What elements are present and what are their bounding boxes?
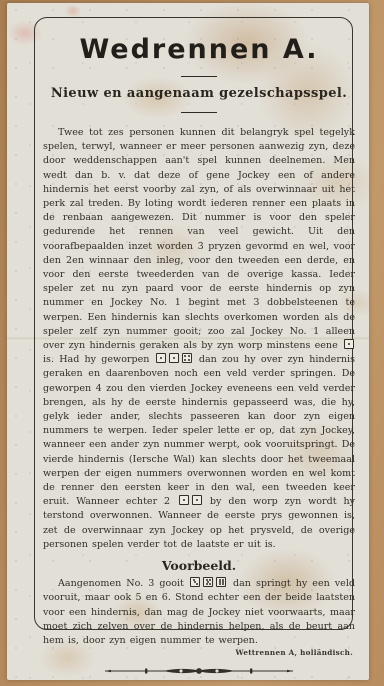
paper: Wedrennen A. Nieuw en aangenaam gezelsch…: [7, 3, 369, 680]
title-divider: [181, 76, 217, 77]
die-3-icon: [190, 577, 200, 587]
die-5-icon: [203, 577, 213, 587]
die-1-icon: [179, 495, 189, 505]
ornament-divider: [103, 662, 295, 674]
page-background: Wedrennen A. Nieuw en aangenaam gezelsch…: [0, 0, 384, 686]
example-paragraph: Aangenomen No. 3 gooit dan springt hy ee…: [43, 577, 355, 648]
imprint-caption: Wettrennen A, holländisch.: [236, 648, 353, 657]
die-4-icon: [182, 353, 192, 363]
subtitle-divider: [181, 112, 217, 113]
die-1-icon: [344, 339, 354, 349]
die-1-icon: [169, 353, 179, 363]
die-6-icon: [216, 577, 226, 587]
die-1-icon: [192, 495, 202, 505]
intro-paragraph: Twee tot zes personen kunnen dit belangr…: [43, 126, 355, 552]
die-1-icon: [156, 353, 166, 363]
page-content: Wedrennen A. Nieuw en aangenaam gezelsch…: [43, 21, 355, 674]
page-subtitle: Nieuw en aangenaam gezelschapsspel.: [43, 86, 355, 101]
ornament-graphic: [103, 665, 295, 677]
page-title: Wedrennen A.: [43, 34, 355, 65]
example-heading: Voorbeeld.: [43, 558, 355, 573]
